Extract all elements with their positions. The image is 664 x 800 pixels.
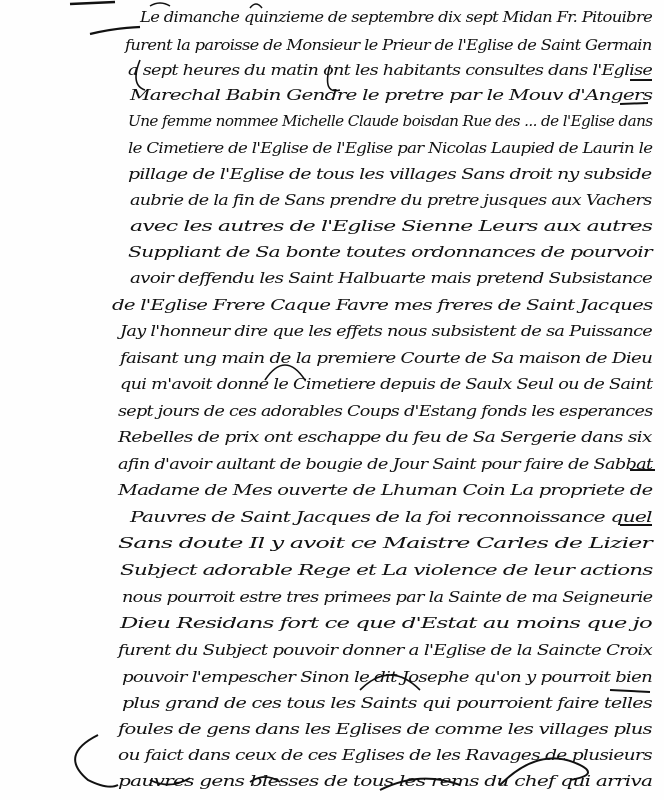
manuscript-line: ou faict dans ceux de ces Eglises de les… xyxy=(118,746,652,764)
manuscript-line: le Cimetiere de l'Eglise de l'Eglise par… xyxy=(128,139,652,157)
manuscript-line: Jay l'honneur dire que les effets nous s… xyxy=(120,322,652,340)
manuscript-line: qui m'avoit donne le Cimetiere depuis de… xyxy=(120,375,652,393)
manuscript-line: pauvres gens blesses de tous les rems du… xyxy=(118,772,652,790)
manuscript-line: Une femme nommee Michelle Claude boisdan… xyxy=(128,112,652,130)
manuscript-line: pouvoir l'empescher Sinon le dit Josephe… xyxy=(122,668,652,686)
manuscript-line: Madame de Mes ouverte de Lhuman Coin La … xyxy=(118,481,652,499)
manuscript-line: foules de gens dans les Eglises de comme… xyxy=(118,720,652,738)
manuscript-line: nous pourroit estre tres primees par la … xyxy=(122,588,652,606)
manuscript-line: plus grand de ces tous les Saints qui po… xyxy=(122,694,652,712)
manuscript-line: furent du Subject pouvoir donner a l'Egl… xyxy=(118,641,652,659)
manuscript-line: avoir deffendu les Saint Halbuarte mais … xyxy=(130,269,652,287)
manuscript-line: Subject adorable Rege et La violence de … xyxy=(120,561,652,579)
manuscript-line: sept jours de ces adorables Coups d'Esta… xyxy=(118,402,653,420)
manuscript-line: Dieu Residans fort ce que d'Estat au moi… xyxy=(120,614,652,632)
manuscript-page: Le dimanche quinzieme de septembre dix s… xyxy=(0,0,664,800)
manuscript-line: Sans doute Il y avoit ce Maistre Carles … xyxy=(118,534,652,552)
manuscript-line: Le dimanche quinzieme de septembre dix s… xyxy=(140,8,652,26)
manuscript-line: aubrie de la fin de Sans prendre du pret… xyxy=(130,191,652,209)
manuscript-line: a sept heures du matin ont les habitants… xyxy=(128,61,652,79)
manuscript-line: avec les autres de l'Eglise Sienne Leurs… xyxy=(130,217,652,235)
manuscript-line: faisant ung main de la premiere Courte d… xyxy=(120,349,652,367)
manuscript-line: Suppliant de Sa bonte toutes ordonnances… xyxy=(128,243,652,261)
manuscript-line: furent la paroisse de Monsieur le Prieur… xyxy=(125,36,652,54)
manuscript-line: Pauvres de Saint Jacques de la foi recon… xyxy=(130,508,652,526)
manuscript-line: Marechal Babin Gendre le pretre par le M… xyxy=(130,86,652,104)
manuscript-line: Rebelles de prix ont eschappe du feu de … xyxy=(118,428,652,446)
manuscript-line: afin d'avoir aultant de bougie de Jour S… xyxy=(118,455,652,473)
manuscript-line: pillage de l'Eglise de tous les villages… xyxy=(128,165,651,183)
manuscript-line: de l'Eglise Frere Caque Favre mes freres… xyxy=(112,296,652,314)
